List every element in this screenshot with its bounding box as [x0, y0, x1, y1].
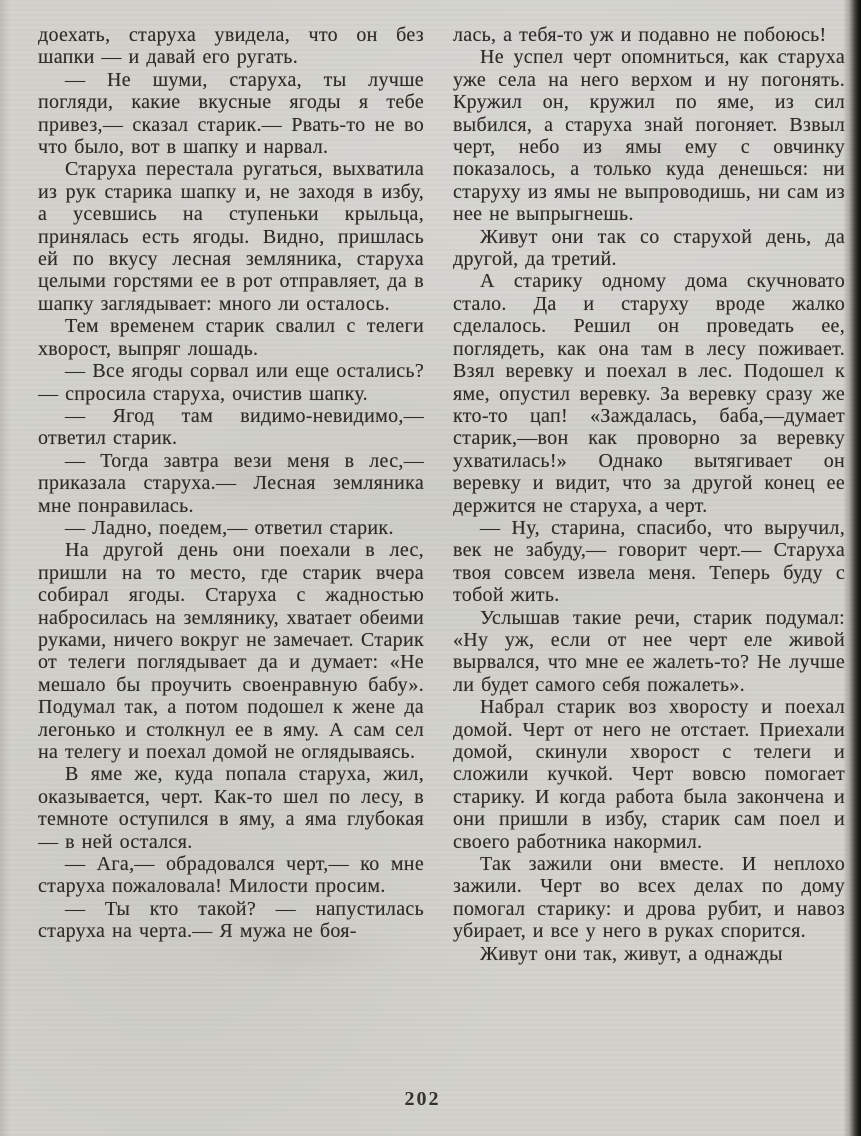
- paragraph: — Ты кто такой? — напустилась старуха на…: [38, 898, 424, 943]
- paragraph: Тем временем старик свалил с телеги хвор…: [38, 315, 424, 360]
- text-column-right: лась, а тебя-то уж и подавно не побоюсь!…: [453, 24, 845, 1080]
- paragraph: — Ладно, поедем,— ответил старик.: [38, 517, 424, 539]
- paragraph: Набрал старик воз хворосту и поехал домо…: [453, 696, 845, 853]
- page-number: 202: [0, 1088, 845, 1111]
- scanned-book-page: доехать, старуха увидела, что он без шап…: [0, 0, 861, 1136]
- paragraph: — Тогда завтра вези меня в лес,— приказа…: [38, 450, 424, 517]
- page-left-edge-shading: [0, 0, 10, 1136]
- paragraph: Так зажили они вместе. И неплохо зажили.…: [453, 853, 845, 943]
- paragraph: — Ягод там видимо-невидимо,— ответил ста…: [38, 405, 424, 450]
- binding-shadow: [843, 0, 861, 1136]
- paragraph: Старуха перестала ругаться, выхватила из…: [38, 158, 424, 315]
- paragraph: А старику одному дома скучновато стало. …: [453, 270, 845, 516]
- paragraph: лась, а тебя-то уж и подавно не побоюсь!: [453, 24, 845, 46]
- paragraph: В яме же, куда попала старуха, жил, оказ…: [38, 763, 424, 853]
- paragraph: — Ага,— обрадовался черт,— ко мне старух…: [38, 853, 424, 898]
- paragraph: Услышав такие речи, старик подумал: «Ну …: [453, 607, 845, 697]
- paragraph: Живут они так, живут, а однажды: [453, 943, 845, 965]
- paragraph: Не успел черт опомниться, как старуха уж…: [453, 46, 845, 225]
- paragraph: — Не шуми, старуха, ты лучше погляди, ка…: [38, 69, 424, 159]
- text-column-left: доехать, старуха увидела, что он без шап…: [38, 24, 424, 1080]
- paragraph: На другой день они поехали в лес, пришли…: [38, 539, 424, 763]
- paragraph: — Ну, старина, спасибо, что выручил, век…: [453, 517, 845, 607]
- paragraph: — Все ягоды сорвал или еще остались? — с…: [38, 360, 424, 405]
- paragraph: доехать, старуха увидела, что он без шап…: [38, 24, 424, 69]
- page-text-area: доехать, старуха увидела, что он без шап…: [38, 24, 845, 1080]
- paragraph: Живут они так со старухой день, да друго…: [453, 226, 845, 271]
